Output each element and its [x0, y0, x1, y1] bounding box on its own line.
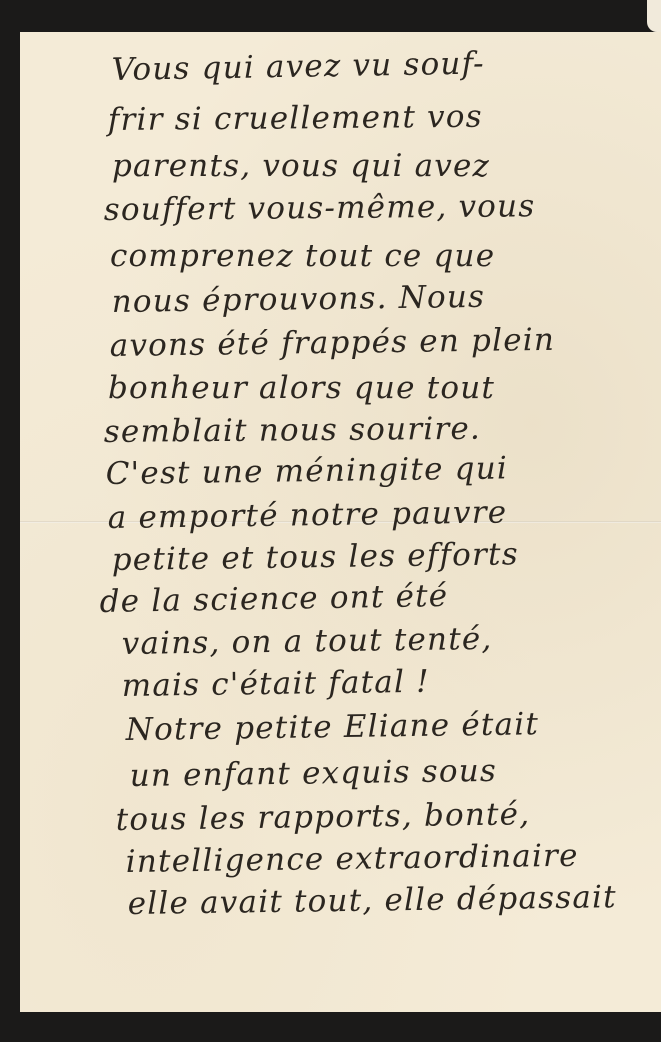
letter-line: un enfant exquis sous	[129, 753, 497, 794]
letter-line: de la science ont été	[99, 578, 448, 620]
letter-line: bonheur alors que tout	[108, 370, 495, 406]
letter-line: frir si cruellement vos	[108, 99, 483, 138]
letter-line: a emporté notre pauvre	[107, 494, 507, 536]
letter-body: Vous qui avez vu souf- frir si cruelleme…	[0, 0, 661, 1042]
letter-line: parents, vous qui avez	[112, 148, 490, 184]
letter-line: semblait nous sourire.	[104, 411, 481, 450]
letter-line: petite et tous les efforts	[111, 536, 519, 578]
letter-line: avons été frappés en plein	[109, 322, 555, 364]
letter-line: Vous qui avez vu souf-	[111, 43, 632, 88]
letter-line: tous les rapports, bonté,	[115, 796, 530, 838]
letter-line: C'est une méningite qui	[105, 450, 508, 492]
letter-line: intelligence extraordinaire	[125, 838, 578, 880]
letter-line: elle avait tout, elle dépassait	[127, 879, 617, 922]
letter-line: nous éprouvons. Nous	[111, 279, 485, 320]
letter-line: souffert vous-même, vous	[104, 188, 536, 228]
letter-line: vains, on a tout tenté,	[121, 621, 492, 662]
letter-line: comprenez tout ce que	[110, 238, 495, 274]
letter-line: Notre petite Eliane était	[125, 706, 539, 748]
letter-sheet: Vous qui avez vu souf- frir si cruelleme…	[0, 0, 661, 1042]
letter-line: mais c'était fatal !	[121, 664, 430, 704]
